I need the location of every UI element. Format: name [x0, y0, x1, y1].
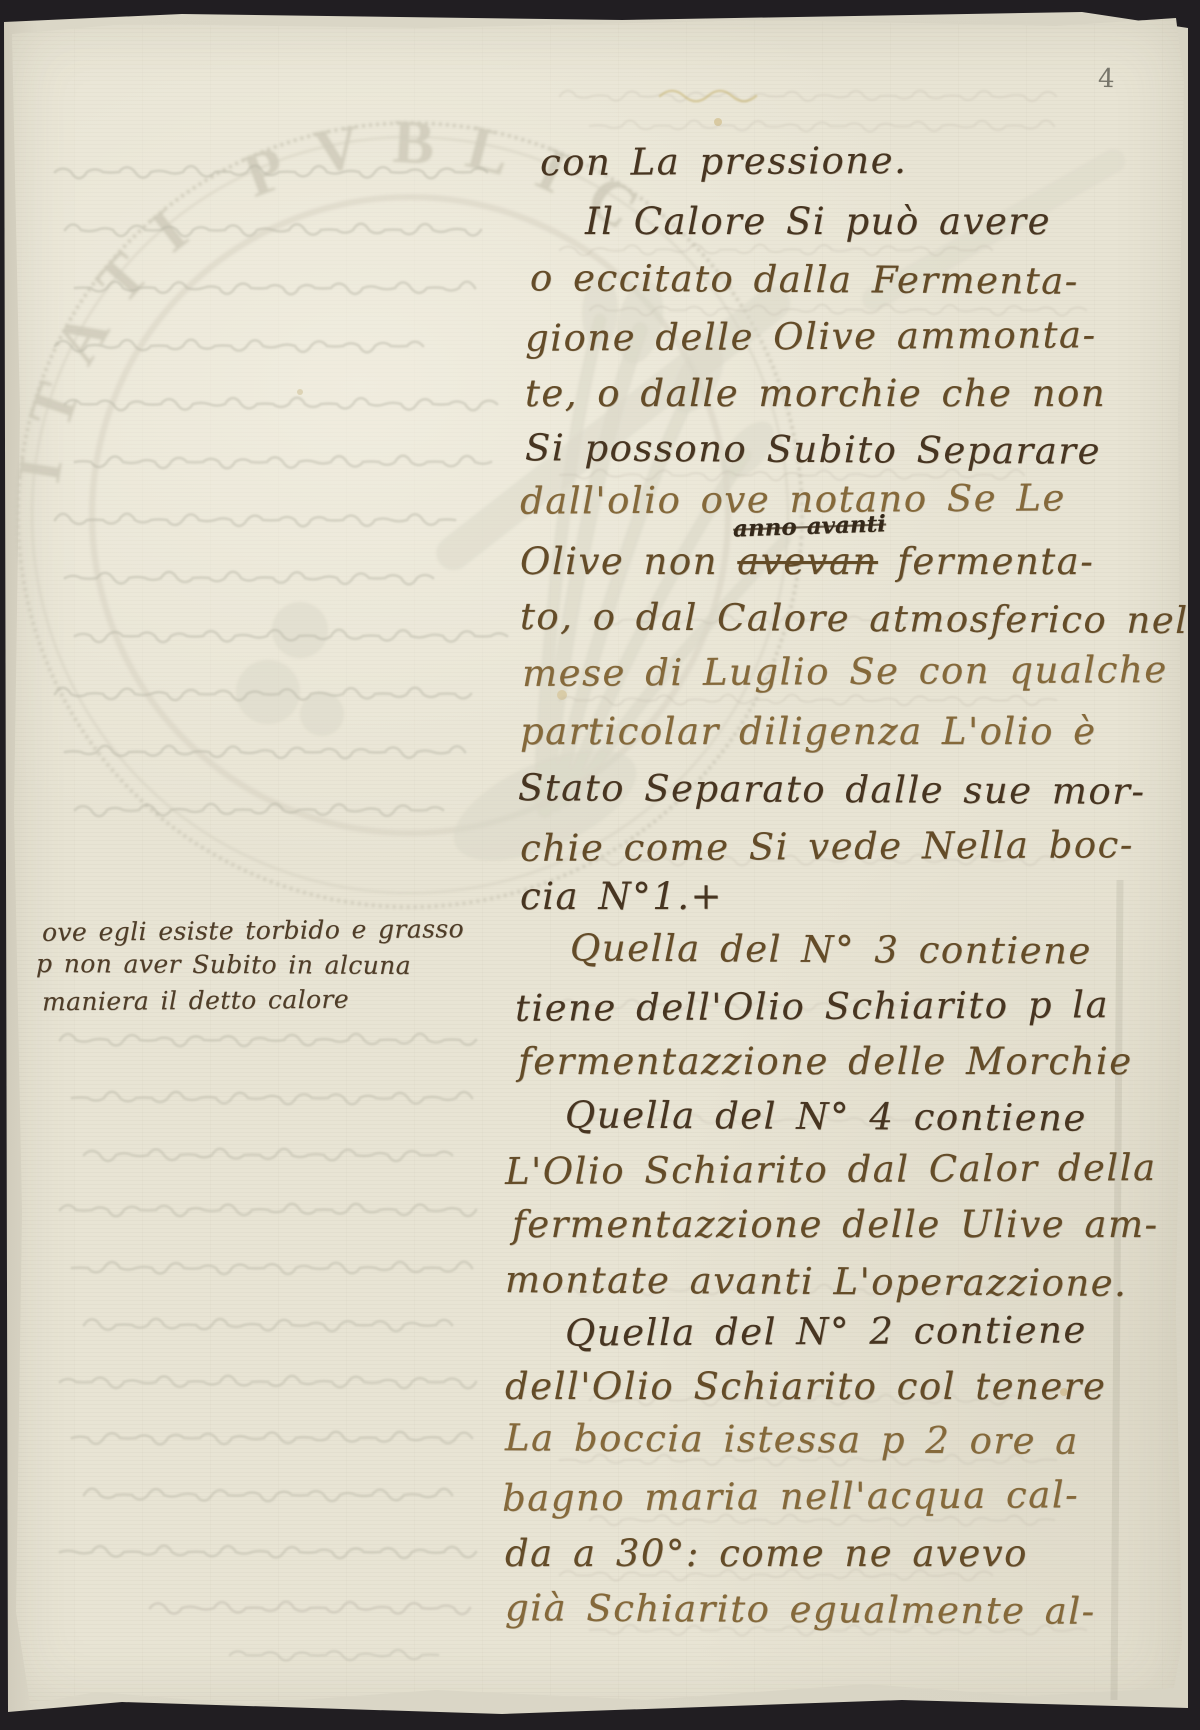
- manuscript-line: L'Olio Schiarito dal Calor della: [505, 1146, 1157, 1193]
- manuscript-line: montate avanti L'operazzione.: [505, 1258, 1128, 1305]
- inline-correction: anno avanti: [733, 510, 887, 542]
- manuscript-line: da a 30°: come ne avevo: [505, 1532, 1028, 1575]
- manuscript-line: Stato Separato dalle sue mor-: [518, 766, 1146, 813]
- page-number: 4: [1098, 64, 1115, 94]
- manuscript-line: fermentazzione delle Morchie: [518, 1040, 1133, 1083]
- manuscript-line: gione delle Olive ammonta-: [525, 313, 1097, 359]
- manuscript-line: cia N°1.+: [520, 875, 723, 918]
- manuscript-line: tiene dell'Olio Schiarito p la: [515, 983, 1109, 1030]
- manuscript-line: Quella del N° 4 contiene: [565, 1093, 1087, 1139]
- margin-note-line: maniera il detto calore: [42, 985, 349, 1017]
- manuscript-line: Quella del N° 3 contiene: [570, 926, 1092, 972]
- manuscript-line: o eccitato dalla Fermenta-: [530, 256, 1079, 302]
- manuscript-line: Il Calore Si può avere: [585, 200, 1051, 243]
- manuscript-line: fermentazzione delle Ulive am-: [512, 1203, 1159, 1246]
- manuscript-line: dell'Olio Schiarito col tenere: [505, 1365, 1106, 1408]
- margin-note-line: ove egli esiste torbido e grasso: [42, 914, 464, 947]
- manuscript-line: to, o dal Calore atmosferico nel: [520, 595, 1189, 642]
- manuscript-line: chie come Si vede Nella boc-: [520, 823, 1134, 870]
- manuscript-line: La boccia istessa p 2 ore a: [505, 1416, 1079, 1463]
- manuscript-line: Olive non anno avantiavevan fermenta-: [520, 540, 1094, 583]
- struck-word: avevan: [737, 540, 878, 583]
- manuscript-line: con La pressione.: [540, 139, 908, 184]
- margin-note-line: p non aver Subito in alcuna: [36, 949, 411, 980]
- manuscript-scan-page: { "page": { "number": "4" }, "seal": { "…: [0, 0, 1200, 1730]
- manuscript-line: te, o dalle morchie che non: [525, 372, 1106, 415]
- manuscript-line: particolar diligenza L'olio è: [520, 710, 1097, 753]
- manuscript-line: già Schiarito egualmente al-: [505, 1586, 1096, 1633]
- manuscript-line: Quella del N° 2 contiene: [565, 1308, 1087, 1354]
- manuscript-line: Si possono Subito Separare: [525, 426, 1101, 473]
- manuscript-line: bagno maria nell'acqua cal-: [502, 1473, 1079, 1520]
- manuscript-line: mese di Luglio Se con qualche: [522, 648, 1168, 695]
